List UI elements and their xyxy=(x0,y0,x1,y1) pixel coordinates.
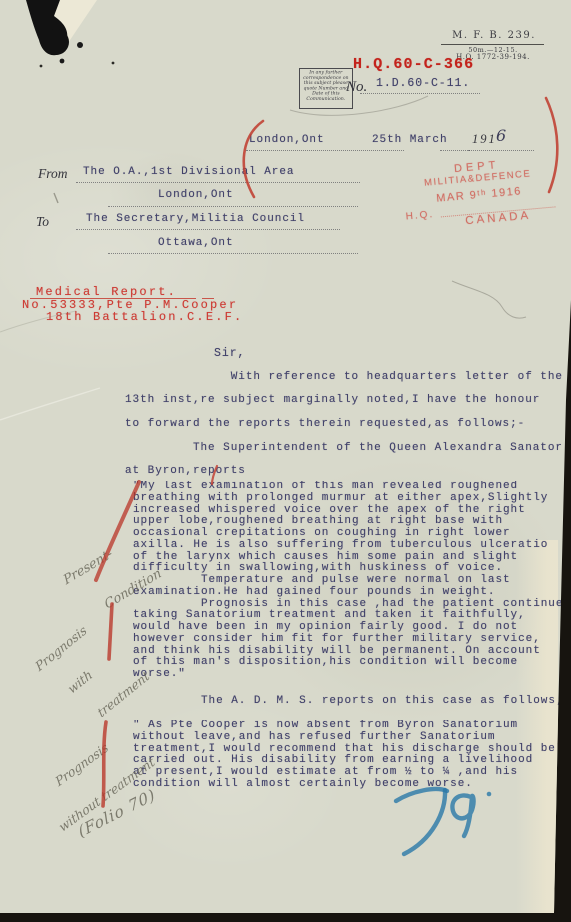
quote-line: Temperature and pulse were normal on las… xyxy=(133,575,561,587)
adms-line: The A. D. M. S. reports on this case as … xyxy=(201,695,571,707)
to-line1: The Secretary,Militia Council xyxy=(86,213,305,225)
to-line2-underline xyxy=(108,253,358,254)
correspondence-note: In any further correspondence on this su… xyxy=(300,69,352,101)
paper: M. F. B. 239. 50m.—12-15. H.Q. 1772-39-1… xyxy=(0,0,571,922)
adms-report-quote: " As Pte Cooper is now absent from Byron… xyxy=(133,720,559,791)
blue-pencil-mark xyxy=(396,789,491,854)
body-line: to forward the reports therein requested… xyxy=(125,413,565,436)
quote-line: of this man's disposition,his condition … xyxy=(133,657,561,669)
superintendent-report-quote: "My last examination of this man reveale… xyxy=(133,481,561,681)
to-label: To xyxy=(36,214,49,230)
from-line2: London,Ont xyxy=(158,189,234,201)
quote-line: however consider him fit for further mil… xyxy=(133,634,561,646)
date-underline xyxy=(440,150,470,151)
ink-blob xyxy=(26,0,67,55)
quote-line: breathing with prolonged murmur at eithe… xyxy=(133,493,561,505)
place-underline xyxy=(246,150,404,151)
ink-speck xyxy=(40,65,43,68)
body-line: With reference to headquarters letter of… xyxy=(125,366,565,389)
salutation: Sir, xyxy=(214,347,245,360)
form-number: M. F. B. 239. xyxy=(442,30,546,41)
to-line2: Ottawa,Ont xyxy=(158,237,234,249)
quote-line: occasional crepitations on coughing in r… xyxy=(133,528,561,540)
crease-line xyxy=(452,281,526,318)
quote-line: examination.He had gained four pounds in… xyxy=(133,587,561,599)
paragraph-2: The Superintendent of the Queen Alexandr… xyxy=(125,437,563,484)
subject-line3: 18th Battalion.C.E.F. xyxy=(46,310,243,324)
place: London,Ont xyxy=(249,134,325,146)
scanned-letter: M. F. B. 239. 50m.—12-15. H.Q. 1772-39-1… xyxy=(0,0,571,922)
year-handwritten: 6 xyxy=(496,126,506,145)
red-open-paren xyxy=(244,121,263,197)
ink-speck xyxy=(77,42,83,48)
ink-speck xyxy=(60,59,65,64)
quote-line: " As Pte Cooper is now absent from Byron… xyxy=(133,720,559,732)
correspondence-note-box: In any further correspondence on this su… xyxy=(299,68,353,109)
quote-line: at present,I would estimate at from ½ to… xyxy=(133,767,559,779)
margin-note-line: Condition xyxy=(103,567,164,613)
from-line2-underline xyxy=(108,206,358,207)
body-line: 13th inst,re subject marginally noted,I … xyxy=(125,389,565,412)
pencil-tick xyxy=(54,193,58,203)
date: 25th March xyxy=(372,134,448,146)
from-line1-underline xyxy=(76,182,360,183)
file-number-underline xyxy=(360,93,480,94)
crease-line xyxy=(0,388,100,420)
year-underline xyxy=(468,150,534,151)
received-stamp: DEPT MILITIA&DEFENCE MAR 9ᵗʰ 1916 H.Q. C… xyxy=(395,154,562,233)
year-printed: 191 xyxy=(472,132,497,147)
from-line1: The O.A.,1st Divisional Area xyxy=(83,166,294,178)
from-label: From xyxy=(38,166,68,182)
body-line: The Superintendent of the Queen Alexandr… xyxy=(125,437,563,460)
paragraph-1: With reference to headquarters letter of… xyxy=(125,366,565,436)
to-line1-underline xyxy=(76,229,340,230)
ink-blob-drop xyxy=(43,29,69,55)
quote-line: without leave,and has refused further Sa… xyxy=(133,732,559,744)
quote-line: condition will almost certainly become w… xyxy=(133,779,559,791)
ink-speck xyxy=(112,62,115,65)
form-number-rule xyxy=(441,44,544,45)
red-file-number: H.Q.60-C-366 xyxy=(353,56,474,73)
quote-line: "My last examination of this man reveale… xyxy=(133,481,561,493)
quote-line: would have been in my opinion fairly goo… xyxy=(133,622,561,634)
quote-line: worse." xyxy=(133,669,561,681)
file-number: 1.D.60-C-11. xyxy=(376,77,470,90)
torn-corner-patch xyxy=(44,0,97,46)
subject-title: Medical Report. xyxy=(36,285,177,299)
quote-line: axilla. He is also suffering from tuberc… xyxy=(133,540,561,552)
